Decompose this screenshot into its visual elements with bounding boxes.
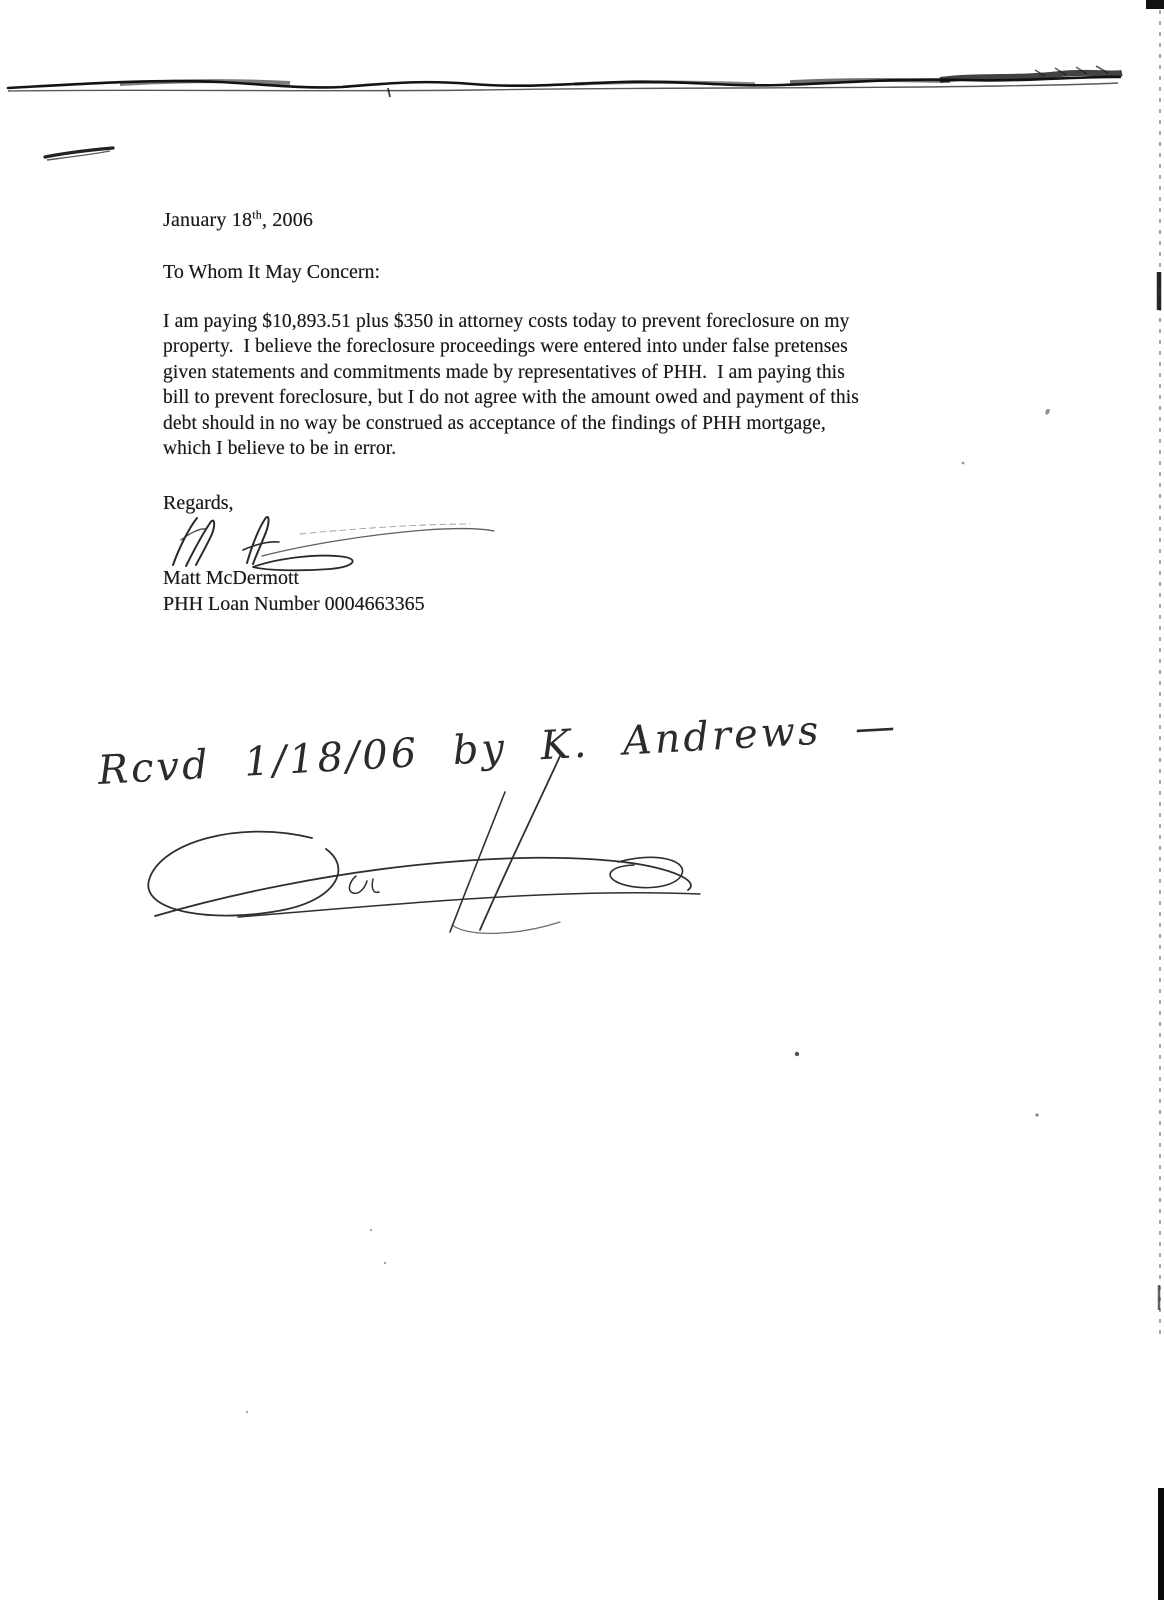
date-suffix: , 2006 — [262, 209, 313, 231]
scan-dash-mark — [45, 148, 113, 160]
scan-artifact-top-band — [8, 66, 1122, 97]
body-line: which I believe to be in error. — [163, 436, 973, 461]
body-line: bill to prevent foreclosure, but I do no… — [163, 385, 973, 410]
letter-date: January 18th, 2006 — [163, 207, 313, 233]
signer-name: Matt McDermott — [163, 565, 299, 591]
scan-artifact-layer — [0, 0, 1164, 1600]
body-line: debt should in no way be construed as ac… — [163, 411, 973, 436]
scan-edge-line — [1146, 0, 1164, 1600]
body-line: I am paying $10,893.51 plus $350 in atto… — [163, 309, 973, 334]
salutation: To Whom It May Concern: — [163, 259, 380, 285]
body-line: property. I believe the foreclosure proc… — [163, 334, 973, 359]
letter-body: I am paying $10,893.51 plus $350 in atto… — [163, 309, 973, 461]
date-prefix: January 18 — [163, 209, 252, 231]
date-ordinal-superscript: th — [252, 207, 262, 221]
handwritten-received-note: Rcvd 1/18/06 by K. Andrews — — [97, 703, 899, 794]
scanned-letter-page: January 18th, 2006 To Whom It May Concer… — [0, 0, 1164, 1600]
loan-reference: PHH Loan Number 0004663365 — [163, 591, 425, 617]
body-line: given statements and commitments made by… — [163, 360, 973, 385]
ink-specks — [246, 409, 1050, 1413]
sender-signature-scribble — [173, 517, 494, 570]
closing: Regards, — [163, 490, 234, 516]
